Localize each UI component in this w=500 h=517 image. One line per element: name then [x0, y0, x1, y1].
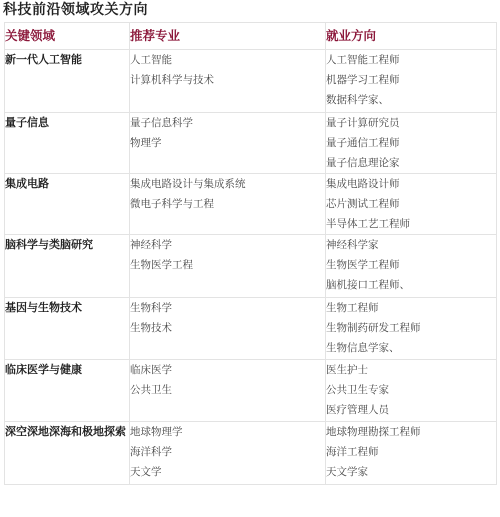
major-item: 计算机科学与技术: [130, 70, 325, 90]
career-item: 机器学习工程师: [326, 70, 496, 90]
major-item: 天文学: [130, 462, 325, 482]
domain-cell: 量子信息: [5, 113, 130, 174]
major-item: 公共卫生: [130, 380, 325, 400]
career-item: 量子计算研究员: [326, 113, 496, 133]
career-item: 生物工程师: [326, 298, 496, 318]
domain-cell: 深空深地深海和极地探索: [5, 422, 130, 485]
major-item: 物理学: [130, 133, 325, 153]
majors-cell: 生物科学 生物技术: [130, 298, 326, 360]
career-item: 脑机接口工程师、: [326, 275, 496, 295]
careers-cell: 集成电路设计师 芯片测试工程师 半导体工艺工程师: [326, 174, 497, 235]
career-item: 神经科学家: [326, 235, 496, 255]
table-row: 基因与生物技术 生物科学 生物技术 生物工程师 生物制药研发工程师 生物信息学家…: [5, 298, 497, 360]
career-item: 数据科学家、: [326, 90, 496, 110]
header-career-direction: 就业方向: [326, 23, 497, 50]
domain-cell: 集成电路: [5, 174, 130, 235]
career-item: 芯片测试工程师: [326, 194, 496, 214]
domain-cell: 脑科学与类脑研究: [5, 235, 130, 298]
majors-cell: 量子信息科学 物理学: [130, 113, 326, 174]
majors-cell: 神经科学 生物医学工程: [130, 235, 326, 298]
career-item: 医生护士: [326, 360, 496, 380]
major-item: 海洋科学: [130, 442, 325, 462]
majors-cell: 集成电路设计与集成系统 微电子科学与工程: [130, 174, 326, 235]
header-recommended-major: 推荐专业: [130, 23, 326, 50]
career-item: 生物制药研发工程师: [326, 318, 496, 338]
careers-cell: 地球物理勘探工程师 海洋工程师 天文学家: [326, 422, 497, 485]
table-row: 深空深地深海和极地探索 地球物理学 海洋科学 天文学 地球物理勘探工程师 海洋工…: [5, 422, 497, 485]
page-title: 科技前沿领域攻关方向: [3, 0, 148, 20]
career-item: 公共卫生专家: [326, 380, 496, 400]
major-item: 临床医学: [130, 360, 325, 380]
majors-cell: 人工智能 计算机科学与技术: [130, 50, 326, 113]
career-item: 量子通信工程师: [326, 133, 496, 153]
header-key-field: 关键领域: [5, 23, 130, 50]
major-item: 人工智能: [130, 50, 325, 70]
majors-cell: 临床医学 公共卫生: [130, 360, 326, 422]
careers-cell: 生物工程师 生物制药研发工程师 生物信息学家、: [326, 298, 497, 360]
career-item: 海洋工程师: [326, 442, 496, 462]
majors-cell: 地球物理学 海洋科学 天文学: [130, 422, 326, 485]
major-item: 地球物理学: [130, 422, 325, 442]
career-item: 生物医学工程师: [326, 255, 496, 275]
major-item: 生物医学工程: [130, 255, 325, 275]
careers-cell: 神经科学家 生物医学工程师 脑机接口工程师、: [326, 235, 497, 298]
table-row: 新一代人工智能 人工智能 计算机科学与技术 人工智能工程师 机器学习工程师 数据…: [5, 50, 497, 113]
major-item: 微电子科学与工程: [130, 194, 325, 214]
career-item: 半导体工艺工程师: [326, 214, 496, 234]
table-row: 临床医学与健康 临床医学 公共卫生 医生护士 公共卫生专家 医疗管理人员: [5, 360, 497, 422]
career-item: 医疗管理人员: [326, 400, 496, 420]
domain-cell: 临床医学与健康: [5, 360, 130, 422]
major-item: 量子信息科学: [130, 113, 325, 133]
table-row: 量子信息 量子信息科学 物理学 量子计算研究员 量子通信工程师 量子信息理论家: [5, 113, 497, 174]
major-item: 生物技术: [130, 318, 325, 338]
career-item: 集成电路设计师: [326, 174, 496, 194]
career-item: 量子信息理论家: [326, 153, 496, 173]
major-item: 神经科学: [130, 235, 325, 255]
careers-cell: 医生护士 公共卫生专家 医疗管理人员: [326, 360, 497, 422]
table-header-row: 关键领域 推荐专业 就业方向: [5, 23, 497, 50]
major-item: 生物科学: [130, 298, 325, 318]
table-row: 脑科学与类脑研究 神经科学 生物医学工程 神经科学家 生物医学工程师 脑机接口工…: [5, 235, 497, 298]
domain-cell: 新一代人工智能: [5, 50, 130, 113]
careers-cell: 人工智能工程师 机器学习工程师 数据科学家、: [326, 50, 497, 113]
fields-table: 关键领域 推荐专业 就业方向 新一代人工智能 人工智能 计算机科学与技术 人工智…: [4, 22, 497, 485]
career-item: 人工智能工程师: [326, 50, 496, 70]
career-item: 生物信息学家、: [326, 338, 496, 358]
career-item: 天文学家: [326, 462, 496, 482]
career-item: 地球物理勘探工程师: [326, 422, 496, 442]
careers-cell: 量子计算研究员 量子通信工程师 量子信息理论家: [326, 113, 497, 174]
table-row: 集成电路 集成电路设计与集成系统 微电子科学与工程 集成电路设计师 芯片测试工程…: [5, 174, 497, 235]
domain-cell: 基因与生物技术: [5, 298, 130, 360]
major-item: 集成电路设计与集成系统: [130, 174, 325, 194]
